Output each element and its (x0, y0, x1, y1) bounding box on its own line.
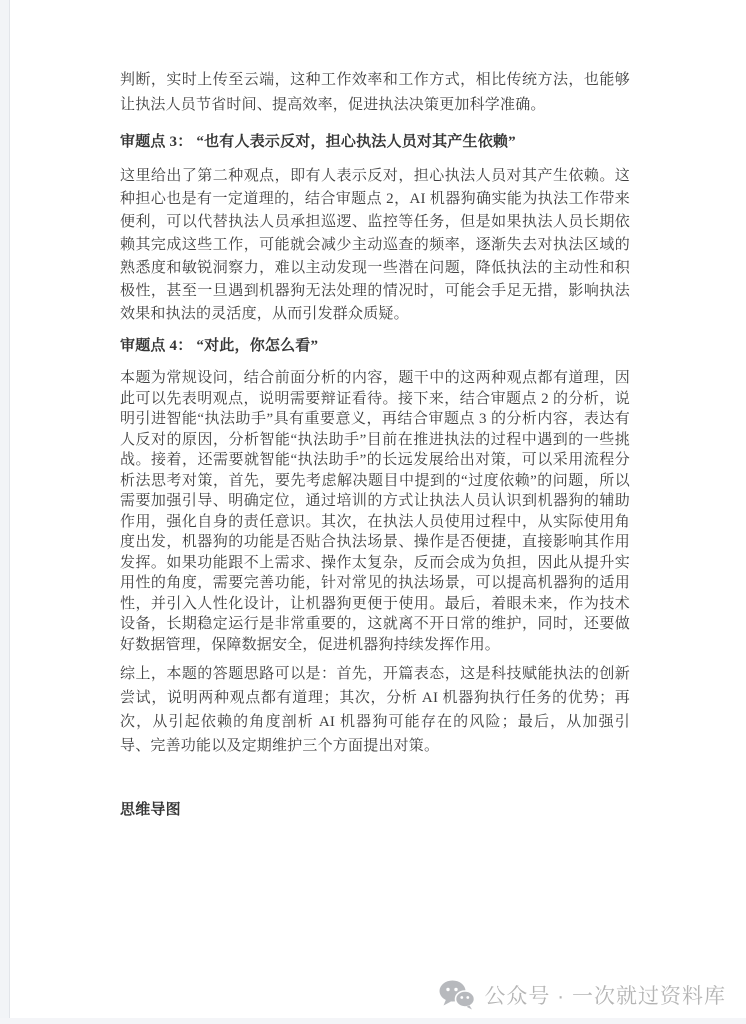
wechat-icon (439, 980, 475, 1010)
paragraph-continued: 判断，实时上传至云端，这种工作效率和工作方式，相比传统方法，也能够让执法人员节省… (120, 68, 630, 118)
paragraph-summary: 综上，本题的答题思路可以是：首先，开篇表态，这是科技赋能执法的创新尝试，说明两种… (120, 662, 630, 758)
heading-review-point-3: 审题点 3： “也有人表示反对，担心执法人员对其产生依赖” (120, 131, 630, 153)
heading-mindmap: 思维导图 (120, 799, 630, 821)
document-page: 判断，实时上传至云端，这种工作效率和工作方式，相比传统方法，也能够让执法人员节省… (0, 0, 746, 1024)
heading-review-point-4: 审题点 4： “对此，你怎么看” (120, 335, 630, 357)
paragraph-point-3-analysis: 这里给出了第二种观点，即有人表示反对，担心执法人员对其产生依赖。这种担心也是有一… (120, 165, 630, 326)
document-content: 判断，实时上传至云端，这种工作效率和工作方式，相比传统方法，也能够让执法人员节省… (120, 68, 630, 821)
page-left-edge (0, 0, 10, 1024)
watermark-footer: 公众号 · 一次就过资料库 (0, 980, 726, 1010)
watermark-label: 公众号 · 一次就过资料库 (484, 980, 726, 1010)
paragraph-point-4-analysis: 本题为常规设问，结合前面分析的内容，题干中的这两种观点都有道理，因此可以先表明观… (120, 368, 630, 655)
page-bottom-edge (0, 1018, 746, 1024)
